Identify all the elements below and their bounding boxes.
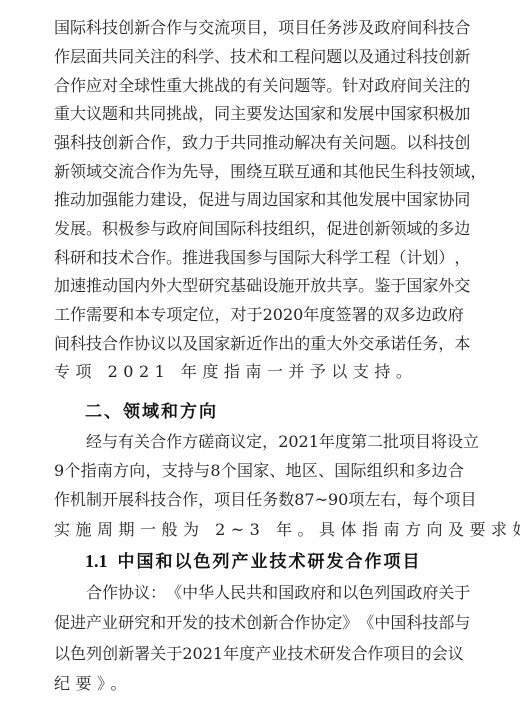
paragraph-line: 间科技合作协议以及国家新近作出的重大外交承诺任务，本 xyxy=(54,332,464,356)
paragraph-line: 加速推动国内外大型研究基础设施开放共享。鉴于国家外交 xyxy=(54,274,464,298)
paragraph-line: 作层面共同关注的科学、技术和工程问题以及通过科技创新 xyxy=(54,45,464,69)
paragraph-line: 强科技创新合作，致力于共同推动解决有关问题。以科技创 xyxy=(54,131,464,155)
paragraph-line: 新领域交流合作为先导，围绕互联互通和其他民生科技领域， xyxy=(54,160,464,184)
paragraph-line: 科研和技术合作。推进我国参与国际大科学工程（计划）， xyxy=(54,246,464,270)
section-heading-text: 二、领域和方向 xyxy=(85,402,218,422)
paragraph-line: 以色列创新署关于2021年度产业技术研发合作项目的会议 xyxy=(54,642,464,666)
paragraph-line: 推动加强能力建设，促进与周边国家和其他发展中国家协同 xyxy=(54,188,464,212)
paragraph-line: 经与有关合作方磋商议定，2021年度第二批项目将设立 xyxy=(86,430,464,454)
paragraph-line: 重大议题和共同挑战，同主要发达国家和发展中国家积极加 xyxy=(54,102,464,126)
section-heading: 二、领域和方向 xyxy=(85,400,218,424)
paragraph-line: 纪要》。 xyxy=(54,672,464,696)
paragraph-line: 实施周期一般为 2~3 年。具体指南方向及要求如下。 xyxy=(54,518,464,542)
paragraph-line: 9个指南方向，支持与8个国家、地区、国际组织和多边合 xyxy=(54,459,464,483)
paragraph-line: 促进产业研究和开发的技术创新合作协定》《中国科技部与 xyxy=(54,611,464,635)
subsection-title: 中国和以色列产业技术研发合作项目 xyxy=(118,552,422,572)
paragraph-line: 发展。积极参与政府间国际科技组织，促进创新领域的多边 xyxy=(54,217,464,241)
subsection-heading: 1.1中国和以色列产业技术研发合作项目 xyxy=(85,549,422,573)
subsection-number: 1.1 xyxy=(85,551,108,571)
paragraph-line: 作机制开展科技合作，项目任务数87~90项左右，每个项目 xyxy=(54,488,464,512)
paragraph-line: 专项 2021 年度指南一并予以支持。 xyxy=(54,360,464,384)
paragraph-line: 合作协议：《中华人民共和国政府和以色列国政府关于 xyxy=(86,581,464,605)
paragraph-line: 合作应对全球性重大挑战的有关问题等。针对政府间关注的 xyxy=(54,74,464,98)
paragraph-line: 工作需要和本专项定位，对于2020年度签署的双多边政府 xyxy=(54,303,464,327)
paragraph-line: 国际科技创新合作与交流项目，项目任务涉及政府间科技合 xyxy=(54,16,464,40)
